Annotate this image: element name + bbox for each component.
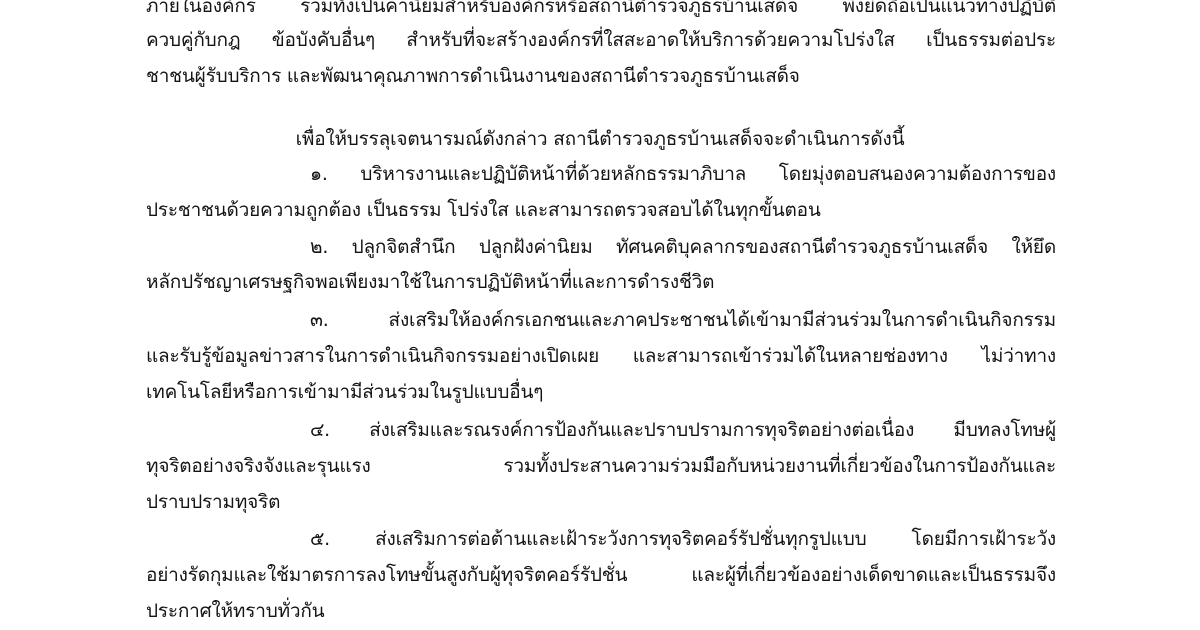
document-page: ภายในองค์กร รวมทั้งเป็นค่านิยมสำหรับองค์… xyxy=(0,0,1200,630)
item-2-line-1: ๒. ปลูกจิตสำนึก ปลูกฝังค่านิยม ทัศนคติบุ… xyxy=(310,235,1056,259)
item-5-line-3: ประกาศให้ทราบทั่วกัน xyxy=(146,599,1056,623)
intro-line-1: ภายในองค์กร รวมทั้งเป็นค่านิยมสำหรับองค์… xyxy=(146,0,1056,18)
item-1-line-1: ๑. บริหารงานและปฏิบัติหน้าที่ด้วยหลักธรร… xyxy=(310,162,1056,186)
item-3-line-3: เทคโนโลยีหรือการเข้ามามีส่วนร่วมในรูปแบบ… xyxy=(146,380,1056,404)
item-3-line-2: และรับรู้ข้อมูลข่าวสารในการดำเนินกิจกรรม… xyxy=(146,344,1056,368)
item-4-line-1: ๔. ส่งเสริมและรณรงค์การป้องกันและปราบปรา… xyxy=(310,418,1056,442)
item-2-line-2: หลักปรัชญาเศรษฐกิจพอเพียงมาใช้ในการปฏิบั… xyxy=(146,270,1056,294)
item-5-line-2: อย่างรัดกุมและใช้มาตรการลงโทษขั้นสูงกับผ… xyxy=(146,563,1056,587)
item-3-line-1: ๓. ส่งเสริมให้องค์กรเอกชนและภาคประชาชนได… xyxy=(310,308,1056,332)
item-1-line-2: ประชาชนด้วยความถูกต้อง เป็นธรรม โปร่งใส … xyxy=(146,198,1056,222)
item-5-line-1: ๕. ส่งเสริมการต่อต้านและเฝ้าระวังการทุจร… xyxy=(310,527,1056,551)
item-4-line-3: ปราบปรามทุจริต xyxy=(146,490,1056,514)
intro-line-2: ควบคู่กับกฎ ข้อบังคับอื่นๆ สำหรับที่จะสร… xyxy=(146,28,1056,52)
lead-sentence: เพื่อให้บรรลุเจตนารมณ์ดังกล่าว สถานีตำรว… xyxy=(0,127,1200,151)
item-4-line-2: ทุจริตอย่างจริงจังและรุนแรง รวมทั้งประสา… xyxy=(146,454,1056,478)
intro-line-3: ชาชนผู้รับบริการ และพัฒนาคุณภาพการดำเนิน… xyxy=(146,64,1056,88)
